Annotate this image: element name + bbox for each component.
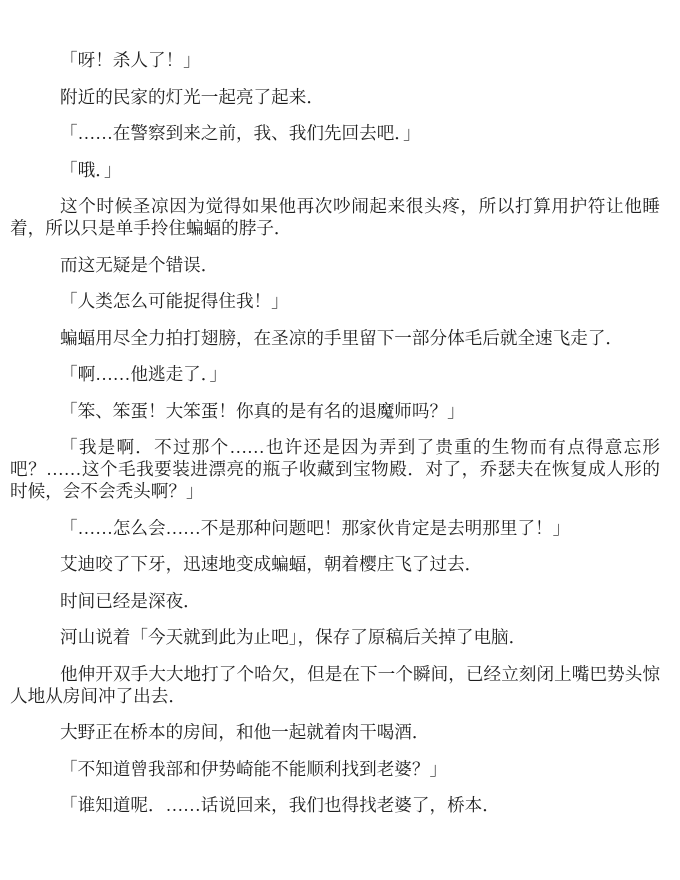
paragraph: 这个时候圣凉因为觉得如果他再次吵闹起来很头疼，所以打算用护符让他睡着，所以只是单… xyxy=(10,195,660,239)
paragraph: 「呀！杀人了！」 xyxy=(10,49,660,71)
paragraph: 「……在警察到来之前，我、我们先回去吧．」 xyxy=(10,122,660,144)
paragraph: 附近的民家的灯光一起亮了起来． xyxy=(10,86,660,108)
paragraph: 蝙蝠用尽全力拍打翅膀，在圣凉的手里留下一部分体毛后就全速飞走了． xyxy=(10,327,660,349)
paragraph: 他伸开双手大大地打了个哈欠，但是在下一个瞬间，已经立刻闭上嘴巴势头惊人地从房间冲… xyxy=(10,663,660,707)
page: 「呀！杀人了！」 附近的民家的灯光一起亮了起来． 「……在警察到来之前，我、我们… xyxy=(0,0,680,880)
paragraph: 河山说着「今天就到此为止吧」，保存了原稿后关掉了电脑． xyxy=(10,626,660,648)
paragraph: 「人类怎么可能捉得住我！」 xyxy=(10,290,660,312)
paragraph: 时间已经是深夜． xyxy=(10,590,660,612)
paragraph: 「谁知道呢．……话说回来，我们也得找老婆了，桥本． xyxy=(10,794,660,816)
paragraph: 「啊……他逃走了．」 xyxy=(10,363,660,385)
paragraph: 而这无疑是个错误． xyxy=(10,254,660,276)
paragraph: 「我是啊．不过那个……也许还是因为弄到了贵重的生物而有点得意忘形吧？……这个毛我… xyxy=(10,436,660,502)
paragraph: 艾迪咬了下牙，迅速地变成蝙蝠，朝着樱庄飞了过去． xyxy=(10,553,660,575)
paragraph: 「哦．」 xyxy=(10,159,660,181)
paragraph: 「笨、笨蛋！大笨蛋！你真的是有名的退魔师吗？」 xyxy=(10,400,660,422)
paragraph: 大野正在桥本的房间，和他一起就着肉干喝酒． xyxy=(10,721,660,743)
paragraph: 「不知道曾我部和伊势崎能不能顺利找到老婆？」 xyxy=(10,758,660,780)
paragraph: 「……怎么会……不是那种问题吧！那家伙肯定是去明那里了！」 xyxy=(10,517,660,539)
